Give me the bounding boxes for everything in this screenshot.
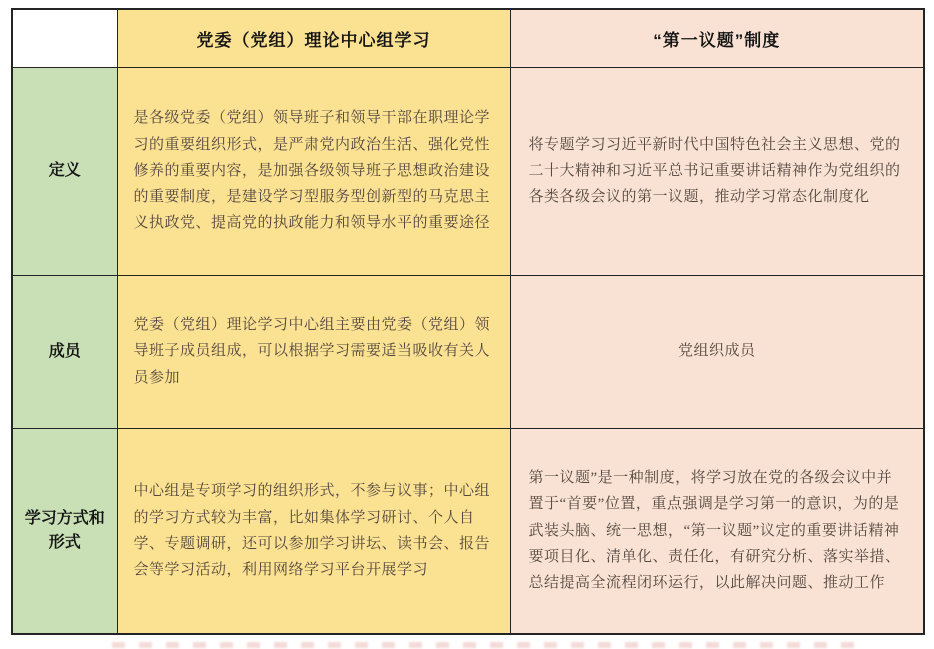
table-row-members: 成员 党委（党组）理论学习中心组主要由党委（党组）领导班子成员组成，可以根据学习… (12, 275, 924, 428)
column-header-center-group-study: 党委（党组）理论中心组学习 (117, 9, 510, 67)
row-header-members: 成员 (12, 275, 117, 428)
cell-members-center-group-study: 党委（党组）理论学习中心组主要由党委（党组）领导班子成员组成，可以根据学习需要适… (117, 275, 510, 428)
comparison-table: 党委（党组）理论中心组学习 “第一议题”制度 定义 是各级党委（党组）领导班子和… (11, 8, 925, 635)
corner-cell (12, 9, 117, 67)
cell-learning-methods-center-group-study: 中心组是专项学习的组织形式，不参与议事；中心组的学习方式较为丰富，比如集体学习研… (117, 428, 510, 634)
table-row-learning-methods: 学习方式和形式 中心组是专项学习的组织形式，不参与议事；中心组的学习方式较为丰富… (12, 428, 924, 634)
row-header-learning-methods: 学习方式和形式 (12, 428, 117, 634)
cell-definition-center-group-study: 是各级党委（党组）领导班子和领导干部在职理论学习的重要组织形式，是严肃党内政治生… (117, 67, 510, 275)
table-row-definition: 定义 是各级党委（党组）领导班子和领导干部在职理论学习的重要组织形式，是严肃党内… (12, 67, 924, 275)
row-header-definition: 定义 (12, 67, 117, 275)
cell-definition-first-topic-system: 将专题学习习近平新时代中国特色社会主义思想、党的二十大精神和习近平总书记重要讲话… (510, 67, 924, 275)
page: 党委（党组）理论中心组学习 “第一议题”制度 定义 是各级党委（党组）领导班子和… (0, 0, 934, 649)
cell-learning-methods-first-topic-system: 第一议题”是一种制度，将学习放在党的各级会议中并置于“首要”位置，重点强调是学习… (510, 428, 924, 634)
cropped-text-remnant (112, 642, 868, 648)
table-header-row: 党委（党组）理论中心组学习 “第一议题”制度 (12, 9, 924, 67)
cell-members-first-topic-system: 党组织成员 (510, 275, 924, 428)
column-header-first-topic-system: “第一议题”制度 (510, 9, 924, 67)
